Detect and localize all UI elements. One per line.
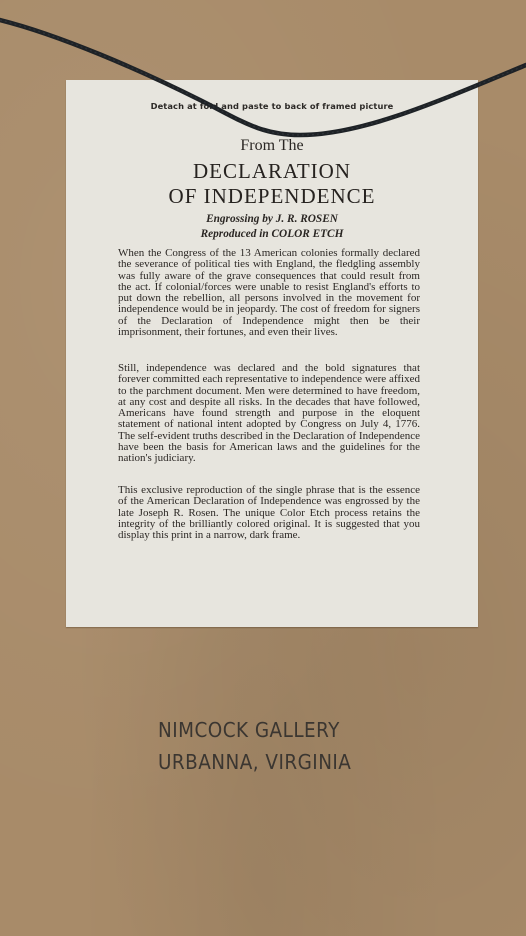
gallery-stamp-name: NIMCOCK GALLERY <box>158 718 340 742</box>
detach-instruction: Detach at fold and paste to back of fram… <box>66 101 478 111</box>
heading-from-the: From The <box>66 137 478 155</box>
title-line-2: OF INDEPENDENCE <box>66 184 478 209</box>
paragraph-1: When the Congress of the 13 American col… <box>118 248 420 338</box>
gallery-stamp-location: URBANNA, VIRGINIA <box>158 750 351 774</box>
title-line-1: DECLARATION <box>66 159 478 184</box>
paragraph-2: Still, independence was declared and the… <box>118 363 420 465</box>
subtitle-reproduced: Reproduced in COLOR ETCH <box>66 228 478 240</box>
info-card: Detach at fold and paste to back of fram… <box>66 80 478 627</box>
subtitle-engrossing: Engrossing by J. R. ROSEN <box>66 213 478 225</box>
paragraph-3: This exclusive reproduction of the singl… <box>118 485 420 541</box>
